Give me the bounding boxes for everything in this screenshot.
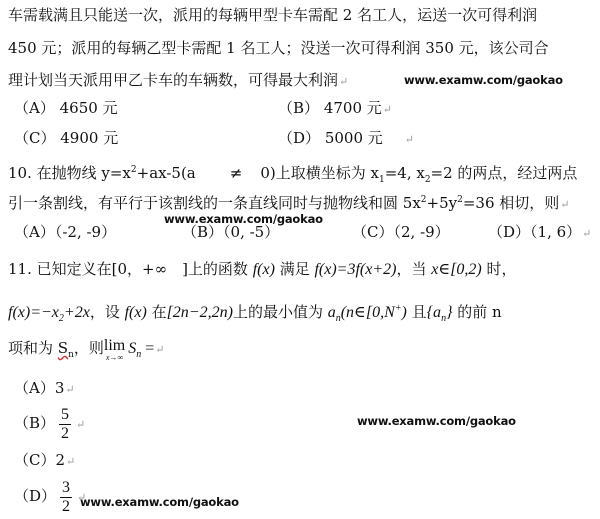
denominator: 2 [62, 499, 70, 515]
sn-letter: S [58, 339, 68, 357]
q11-text: ，当 [396, 260, 431, 278]
fraction: 52 [59, 407, 71, 442]
paragraph-mark-icon: ↵ [76, 418, 85, 431]
option-value: （1, 6） [530, 223, 581, 241]
q11-text: 的前 n [452, 303, 501, 321]
q11-text: 时， [482, 260, 517, 278]
math-expression: +2x [64, 304, 90, 321]
fraction: 32 [60, 480, 72, 515]
option-label: （D） [488, 223, 530, 241]
math-expression: f(x) [253, 261, 275, 278]
option-value: 3 [55, 379, 65, 397]
equals-sign: = [141, 340, 154, 357]
option-value: 5000 元 [325, 129, 383, 147]
q10-text: 引一条割线，有平行于该割线的一条直线同时与抛物线和圆 5x [8, 194, 421, 212]
math-expression: f(x)=3f(x+2) [314, 261, 396, 278]
option-label: （A） [14, 223, 55, 241]
paragraph-mark-icon: ↵ [560, 198, 569, 211]
paragraph-mark-icon: ↵ [155, 343, 164, 356]
q11-option-b: （B）52↵ [14, 403, 85, 445]
q9-option-d: （D） 5000 元↵ [278, 128, 414, 150]
q10-option-a: （A）（-2, -9） [14, 222, 116, 242]
q9-text-3: 理计划当天派用甲乙卡车的车辆数，可得最大利润 [8, 71, 338, 89]
q11-text: 在 [147, 303, 167, 321]
q11-option-d: （D）32↵ [14, 476, 86, 518]
q9-line-1: 车需载满且只能送一次，派用的每辆甲型卡车需配 2 名工人，运送一次可得利润 [8, 5, 537, 25]
q9-option-c: （C） 4900 元 [14, 128, 118, 148]
math-expression: x∈[0,2) [431, 261, 482, 278]
math-expression: f(x) [125, 304, 147, 321]
lim-text: lim [104, 338, 125, 354]
q10-text: +ax-5(a [137, 164, 196, 182]
q10-text: 10. 在抛物线 y=x [8, 164, 131, 182]
q9-line-3: 理计划当天派用甲乙卡车的车辆数，可得最大利润↵ [8, 70, 348, 92]
q11-line-2: f(x)=−x2+2x，设 f(x) 在[2n−2,2n)上的最小值为 an(n… [8, 299, 502, 329]
option-value: （-2, -9） [55, 223, 116, 241]
q11-text: ，设 [90, 303, 125, 321]
q9-option-a: （A） 4650 元 [14, 98, 118, 118]
paragraph-mark-icon: ↵ [405, 133, 414, 146]
paragraph-mark-icon: ↵ [383, 103, 392, 116]
option-value: 4900 元 [60, 129, 118, 147]
option-label: （A） [14, 99, 55, 117]
option-label: （D） [278, 129, 320, 147]
math-expression: [2n−2,2n) [167, 304, 233, 321]
option-label: （D） [14, 487, 56, 505]
q11-option-a: （A）3↵ [14, 378, 75, 400]
math-expression: f(x)=−x [8, 304, 59, 321]
q10-option-b: （B）（0, -5） [182, 222, 279, 242]
option-label: （C） [352, 223, 393, 241]
option-label: （C） [14, 129, 55, 147]
not-equal-symbol: ≠ [230, 164, 243, 182]
q11-text: 且 [407, 303, 427, 321]
paragraph-mark-icon: ↵ [339, 75, 348, 88]
q11-line-3: 项和为 Sn，则limx→∞Sn =↵ [8, 338, 164, 365]
q9-text-1: 车需载满且只能送一次，派用的每辆甲型卡车需配 2 名工人，运送一次可得利润 [8, 6, 537, 24]
q11-option-c: （C）2↵ [14, 450, 75, 472]
q10-text: 0)上取横坐标为 x [260, 164, 379, 182]
q10-option-c: （C）（2, -9） [352, 222, 450, 242]
q11-text: 满足 [275, 260, 315, 278]
option-value: （0, -5） [223, 223, 279, 241]
paragraph-mark-icon: ↵ [66, 455, 75, 468]
option-value: 2 [55, 451, 65, 469]
q9-option-b: （B） 4700 元↵ [278, 98, 392, 120]
option-label: （C） [14, 451, 55, 469]
option-value: （2, -9） [393, 223, 449, 241]
math-expression: {a [427, 304, 441, 321]
q11-line-1: 11. 已知定义在[0，+∞ ]上的函数 f(x) 满足 f(x)=3f(x+2… [8, 259, 517, 280]
math-expression: a [328, 304, 336, 321]
paragraph-mark-icon: ↵ [65, 383, 74, 396]
option-label: （B） [278, 99, 319, 117]
q9-text-2: 450 元；派用的每辆乙型卡需配 1 名工人；没送一次可得利润 350 元，该公… [8, 39, 549, 57]
watermark-3: www.examw.com/gaokao [357, 414, 516, 428]
q11-text: 11. 已知定义在[0，+∞ ]上的函数 [8, 260, 253, 278]
numerator: 3 [62, 480, 70, 496]
math-expression: (n∈[0,N [341, 304, 395, 321]
superscript: + [395, 303, 402, 314]
option-label: （B） [14, 414, 55, 432]
watermark-1: www.examw.com/gaokao [404, 73, 563, 87]
watermark-4: www.examw.com/gaokao [80, 495, 239, 509]
q11-text: 上的最小值为 [233, 303, 328, 321]
denominator: 2 [61, 426, 69, 442]
lim-subscript: x→∞ [106, 354, 123, 362]
numerator: 5 [61, 407, 69, 423]
limit-expression: limx→∞ [104, 338, 125, 362]
q10-text: +5y [427, 194, 458, 212]
q11-text: ，则 [74, 339, 104, 357]
paragraph-mark-icon: ↵ [582, 227, 591, 240]
option-label: （A） [14, 379, 55, 397]
q10-text: =36 相切，则 [463, 194, 559, 212]
option-value: 4650 元 [60, 99, 118, 117]
sn-spellcheck-underline: Sn [58, 339, 74, 357]
q10-text: =4, x [385, 164, 425, 182]
option-label: （B） [182, 223, 223, 241]
option-value: 4700 元 [324, 99, 382, 117]
q10-option-d: （D）（1, 6）↵ [488, 222, 591, 244]
q10-line-1: 10. 在抛物线 y=x2+ax-5(a≠0)上取横坐标为 x1=4, x2=2… [8, 160, 577, 190]
q9-line-2: 450 元；派用的每辆乙型卡需配 1 名工人；没送一次可得利润 350 元，该公… [8, 38, 549, 58]
q10-text: =2 的两点，经过两点 [431, 164, 578, 182]
q11-text: 项和为 [8, 339, 58, 357]
